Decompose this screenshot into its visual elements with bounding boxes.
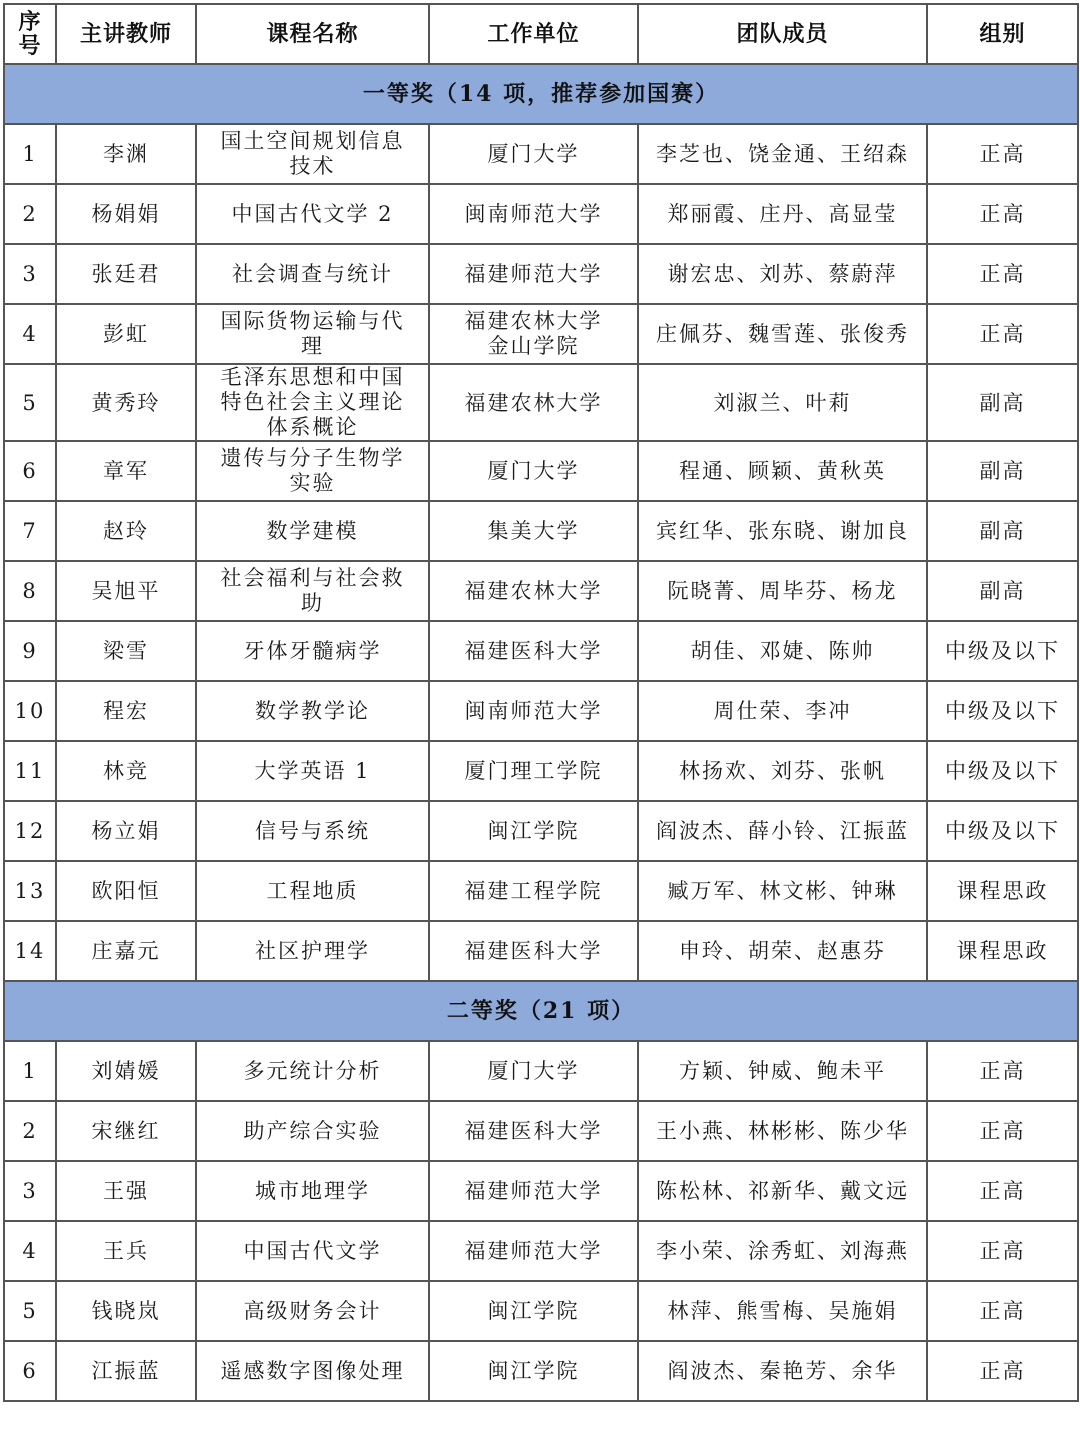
cell-team: 程通、顾颖、黄秋英 bbox=[638, 441, 927, 501]
cell-group: 正高 bbox=[927, 1041, 1078, 1101]
cell-seq: 10 bbox=[4, 681, 56, 741]
cell-teacher: 庄嘉元 bbox=[56, 921, 196, 981]
cell-seq: 5 bbox=[4, 1281, 56, 1341]
header-group: 组别 bbox=[927, 4, 1078, 64]
cell-course-text: 社区护理学 bbox=[255, 939, 370, 964]
cell-course: 城市地理学 bbox=[196, 1161, 429, 1221]
cell-group: 中级及以下 bbox=[927, 681, 1078, 741]
cell-seq: 3 bbox=[4, 244, 56, 304]
cell-unit: 厦门理工学院 bbox=[429, 741, 638, 801]
cell-team: 林扬欢、刘芬、张帆 bbox=[638, 741, 927, 801]
cell-course: 国土空间规划信息技术 bbox=[196, 124, 429, 184]
cell-team: 林萍、熊雪梅、吴施娟 bbox=[638, 1281, 927, 1341]
cell-group: 正高 bbox=[927, 124, 1078, 184]
cell-course-text: 信号与系统 bbox=[255, 819, 370, 844]
cell-teacher: 宋继红 bbox=[56, 1101, 196, 1161]
cell-teacher: 梁雪 bbox=[56, 621, 196, 681]
cell-teacher: 钱晓岚 bbox=[56, 1281, 196, 1341]
table-row: 3张廷君社会调查与统计福建师范大学谢宏忠、刘苏、蔡蔚萍正高 bbox=[4, 244, 1078, 304]
cell-unit: 厦门大学 bbox=[429, 1041, 638, 1101]
cell-team: 阮晓菁、周毕芬、杨龙 bbox=[638, 561, 927, 621]
cell-team: 庄佩芬、魏雪莲、张俊秀 bbox=[638, 304, 927, 364]
cell-unit: 福建师范大学 bbox=[429, 1161, 638, 1221]
cell-course: 中国古代文学 bbox=[196, 1221, 429, 1281]
cell-seq: 2 bbox=[4, 1101, 56, 1161]
cell-course-text: 数学建模 bbox=[267, 519, 359, 544]
cell-unit-text: 福建农林大学 bbox=[465, 579, 603, 604]
cell-unit: 厦门大学 bbox=[429, 124, 638, 184]
cell-seq: 4 bbox=[4, 304, 56, 364]
cell-seq: 13 bbox=[4, 861, 56, 921]
cell-course: 数学教学论 bbox=[196, 681, 429, 741]
cell-unit: 集美大学 bbox=[429, 501, 638, 561]
cell-teacher: 黄秀玲 bbox=[56, 364, 196, 441]
cell-group: 中级及以下 bbox=[927, 621, 1078, 681]
cell-course: 国际货物运输与代理 bbox=[196, 304, 429, 364]
cell-unit-text: 福建师范大学 bbox=[465, 1239, 603, 1264]
cell-team: 臧万军、林文彬、钟琳 bbox=[638, 861, 927, 921]
cell-team: 申玲、胡荣、赵惠芬 bbox=[638, 921, 927, 981]
awards-table: 序号 主讲教师 课程名称 工作单位 团队成员 组别 一等奖（14 项，推荐参加国… bbox=[3, 3, 1079, 1402]
cell-seq: 1 bbox=[4, 1041, 56, 1101]
cell-team: 阎波杰、薛小铃、江振蓝 bbox=[638, 801, 927, 861]
cell-unit-text: 闽江学院 bbox=[488, 819, 580, 844]
cell-unit: 福建医科大学 bbox=[429, 621, 638, 681]
cell-course: 社区护理学 bbox=[196, 921, 429, 981]
table-row: 5黄秀玲毛泽东思想和中国特色社会主义理论体系概论福建农林大学刘淑兰、叶莉副高 bbox=[4, 364, 1078, 441]
cell-seq: 3 bbox=[4, 1161, 56, 1221]
cell-team: 郑丽霞、庄丹、高显莹 bbox=[638, 184, 927, 244]
header-team: 团队成员 bbox=[638, 4, 927, 64]
cell-seq: 8 bbox=[4, 561, 56, 621]
cell-unit: 闽江学院 bbox=[429, 801, 638, 861]
cell-group: 正高 bbox=[927, 304, 1078, 364]
cell-course: 信号与系统 bbox=[196, 801, 429, 861]
cell-team: 方颖、钟威、鲍未平 bbox=[638, 1041, 927, 1101]
cell-unit: 福建医科大学 bbox=[429, 1101, 638, 1161]
first-prize-section-header: 一等奖（14 项，推荐参加国赛） bbox=[4, 64, 1078, 124]
cell-group: 课程思政 bbox=[927, 861, 1078, 921]
cell-unit-text: 福建医科大学 bbox=[465, 939, 603, 964]
cell-unit-text: 闽江学院 bbox=[488, 1299, 580, 1324]
cell-unit: 福建医科大学 bbox=[429, 921, 638, 981]
cell-seq: 2 bbox=[4, 184, 56, 244]
table-row: 5钱晓岚高级财务会计闽江学院林萍、熊雪梅、吴施娟正高 bbox=[4, 1281, 1078, 1341]
cell-group: 正高 bbox=[927, 184, 1078, 244]
cell-unit: 闽江学院 bbox=[429, 1281, 638, 1341]
cell-group: 副高 bbox=[927, 501, 1078, 561]
cell-course-text: 牙体牙髓病学 bbox=[244, 639, 382, 664]
cell-course-text: 中国古代文学 bbox=[244, 1239, 382, 1264]
cell-teacher: 赵玲 bbox=[56, 501, 196, 561]
header-seq: 序号 bbox=[4, 4, 56, 64]
cell-teacher: 林竞 bbox=[56, 741, 196, 801]
cell-teacher: 刘婧媛 bbox=[56, 1041, 196, 1101]
cell-course: 社会调查与统计 bbox=[196, 244, 429, 304]
table-row: 13欧阳恒工程地质福建工程学院臧万军、林文彬、钟琳课程思政 bbox=[4, 861, 1078, 921]
table-row: 2杨娟娟中国古代文学 2闽南师范大学郑丽霞、庄丹、高显莹正高 bbox=[4, 184, 1078, 244]
cell-course-text: 社会福利与社会救助 bbox=[215, 566, 411, 616]
cell-course-text: 多元统计分析 bbox=[244, 1059, 382, 1084]
cell-course-text: 助产综合实验 bbox=[244, 1119, 382, 1144]
cell-team: 谢宏忠、刘苏、蔡蔚萍 bbox=[638, 244, 927, 304]
cell-course: 遥感数字图像处理 bbox=[196, 1341, 429, 1401]
cell-course-text: 社会调查与统计 bbox=[232, 262, 393, 287]
cell-team: 宾红华、张东晓、谢加良 bbox=[638, 501, 927, 561]
cell-course: 牙体牙髓病学 bbox=[196, 621, 429, 681]
cell-group: 正高 bbox=[927, 1101, 1078, 1161]
cell-course-text: 毛泽东思想和中国特色社会主义理论体系概论 bbox=[215, 365, 411, 440]
cell-teacher: 欧阳恒 bbox=[56, 861, 196, 921]
table-row: 6江振蓝遥感数字图像处理闽江学院阎波杰、秦艳芳、余华正高 bbox=[4, 1341, 1078, 1401]
cell-unit-text: 闽南师范大学 bbox=[465, 699, 603, 724]
cell-unit: 福建农林大学 bbox=[429, 561, 638, 621]
cell-unit-text: 厦门大学 bbox=[488, 142, 580, 167]
cell-course-text: 遗传与分子生物学实验 bbox=[215, 446, 411, 496]
cell-course: 高级财务会计 bbox=[196, 1281, 429, 1341]
cell-teacher: 吴旭平 bbox=[56, 561, 196, 621]
cell-group: 副高 bbox=[927, 441, 1078, 501]
table-row: 12杨立娟信号与系统闽江学院阎波杰、薛小铃、江振蓝中级及以下 bbox=[4, 801, 1078, 861]
cell-team: 李芝也、饶金通、王绍森 bbox=[638, 124, 927, 184]
cell-seq: 7 bbox=[4, 501, 56, 561]
cell-team: 周仕荣、李冲 bbox=[638, 681, 927, 741]
cell-unit: 厦门大学 bbox=[429, 441, 638, 501]
cell-course-text: 遥感数字图像处理 bbox=[221, 1359, 405, 1384]
table-row: 1刘婧媛多元统计分析厦门大学方颖、钟威、鲍未平正高 bbox=[4, 1041, 1078, 1101]
cell-seq: 6 bbox=[4, 1341, 56, 1401]
cell-teacher: 章军 bbox=[56, 441, 196, 501]
cell-teacher: 王强 bbox=[56, 1161, 196, 1221]
cell-unit-text: 闽江学院 bbox=[488, 1359, 580, 1384]
cell-group: 中级及以下 bbox=[927, 741, 1078, 801]
cell-unit-text: 厦门大学 bbox=[488, 459, 580, 484]
cell-group: 正高 bbox=[927, 1281, 1078, 1341]
cell-course-text: 数学教学论 bbox=[255, 699, 370, 724]
second-prize-section-header: 二等奖（21 项） bbox=[4, 981, 1078, 1041]
cell-unit: 福建师范大学 bbox=[429, 244, 638, 304]
cell-team: 王小燕、林彬彬、陈少华 bbox=[638, 1101, 927, 1161]
cell-course: 大学英语 1 bbox=[196, 741, 429, 801]
header-course: 课程名称 bbox=[196, 4, 429, 64]
cell-teacher: 张廷君 bbox=[56, 244, 196, 304]
table-row: 10程宏数学教学论闽南师范大学周仕荣、李冲中级及以下 bbox=[4, 681, 1078, 741]
table-row: 4彭虹国际货物运输与代理福建农林大学金山学院庄佩芬、魏雪莲、张俊秀正高 bbox=[4, 304, 1078, 364]
cell-course-text: 高级财务会计 bbox=[244, 1299, 382, 1324]
cell-unit: 闽南师范大学 bbox=[429, 681, 638, 741]
cell-seq: 6 bbox=[4, 441, 56, 501]
cell-unit: 福建农林大学金山学院 bbox=[429, 304, 638, 364]
cell-teacher: 王兵 bbox=[56, 1221, 196, 1281]
cell-course: 遗传与分子生物学实验 bbox=[196, 441, 429, 501]
header-unit: 工作单位 bbox=[429, 4, 638, 64]
header-row: 序号 主讲教师 课程名称 工作单位 团队成员 组别 bbox=[4, 4, 1078, 64]
cell-unit-text: 福建师范大学 bbox=[465, 262, 603, 287]
table-row: 3王强城市地理学福建师范大学陈松林、祁新华、戴文远正高 bbox=[4, 1161, 1078, 1221]
cell-course: 工程地质 bbox=[196, 861, 429, 921]
cell-teacher: 彭虹 bbox=[56, 304, 196, 364]
cell-course: 毛泽东思想和中国特色社会主义理论体系概论 bbox=[196, 364, 429, 441]
cell-unit-text: 集美大学 bbox=[488, 519, 580, 544]
cell-group: 课程思政 bbox=[927, 921, 1078, 981]
cell-unit: 福建农林大学 bbox=[429, 364, 638, 441]
table-row: 7赵玲数学建模集美大学宾红华、张东晓、谢加良副高 bbox=[4, 501, 1078, 561]
cell-seq: 9 bbox=[4, 621, 56, 681]
cell-course: 助产综合实验 bbox=[196, 1101, 429, 1161]
cell-group: 副高 bbox=[927, 561, 1078, 621]
cell-course-text: 国土空间规划信息技术 bbox=[215, 129, 411, 179]
cell-seq: 1 bbox=[4, 124, 56, 184]
cell-group: 正高 bbox=[927, 1161, 1078, 1221]
cell-teacher: 杨娟娟 bbox=[56, 184, 196, 244]
cell-unit-text: 福建农林大学金山学院 bbox=[459, 309, 609, 359]
table-row: 14庄嘉元社区护理学福建医科大学申玲、胡荣、赵惠芬课程思政 bbox=[4, 921, 1078, 981]
cell-unit: 闽江学院 bbox=[429, 1341, 638, 1401]
cell-unit: 福建师范大学 bbox=[429, 1221, 638, 1281]
cell-unit-text: 福建医科大学 bbox=[465, 639, 603, 664]
cell-seq: 4 bbox=[4, 1221, 56, 1281]
cell-team: 陈松林、祁新华、戴文远 bbox=[638, 1161, 927, 1221]
cell-teacher: 江振蓝 bbox=[56, 1341, 196, 1401]
cell-seq: 14 bbox=[4, 921, 56, 981]
cell-course: 中国古代文学 2 bbox=[196, 184, 429, 244]
cell-course: 社会福利与社会救助 bbox=[196, 561, 429, 621]
cell-unit-text: 福建师范大学 bbox=[465, 1179, 603, 1204]
cell-course: 数学建模 bbox=[196, 501, 429, 561]
table-row: 2宋继红助产综合实验福建医科大学王小燕、林彬彬、陈少华正高 bbox=[4, 1101, 1078, 1161]
cell-teacher: 李渊 bbox=[56, 124, 196, 184]
cell-course-text: 中国古代文学 2 bbox=[231, 202, 393, 227]
cell-unit-text: 闽南师范大学 bbox=[465, 202, 603, 227]
cell-team: 李小荣、涂秀虹、刘海燕 bbox=[638, 1221, 927, 1281]
cell-unit-text: 厦门理工学院 bbox=[465, 759, 603, 784]
header-teacher: 主讲教师 bbox=[56, 4, 196, 64]
cell-seq: 5 bbox=[4, 364, 56, 441]
table-row: 1李渊国土空间规划信息技术厦门大学李芝也、饶金通、王绍森正高 bbox=[4, 124, 1078, 184]
cell-unit-text: 福建工程学院 bbox=[465, 879, 603, 904]
cell-unit-text: 福建农林大学 bbox=[465, 391, 603, 416]
cell-course-text: 工程地质 bbox=[267, 879, 359, 904]
cell-course-text: 城市地理学 bbox=[255, 1179, 370, 1204]
cell-seq: 12 bbox=[4, 801, 56, 861]
cell-team: 胡佳、邓婕、陈帅 bbox=[638, 621, 927, 681]
cell-course: 多元统计分析 bbox=[196, 1041, 429, 1101]
first-prize-title: 一等奖（14 项，推荐参加国赛） bbox=[4, 64, 1078, 124]
cell-unit: 福建工程学院 bbox=[429, 861, 638, 921]
cell-team: 刘淑兰、叶莉 bbox=[638, 364, 927, 441]
cell-course-text: 国际货物运输与代理 bbox=[215, 309, 411, 359]
cell-group: 正高 bbox=[927, 244, 1078, 304]
cell-unit-text: 厦门大学 bbox=[488, 1059, 580, 1084]
cell-course-text: 大学英语 1 bbox=[254, 759, 370, 784]
cell-seq: 11 bbox=[4, 741, 56, 801]
table-row: 9梁雪牙体牙髓病学福建医科大学胡佳、邓婕、陈帅中级及以下 bbox=[4, 621, 1078, 681]
cell-teacher: 杨立娟 bbox=[56, 801, 196, 861]
table-row: 11林竞大学英语 1厦门理工学院林扬欢、刘芬、张帆中级及以下 bbox=[4, 741, 1078, 801]
table-row: 4王兵中国古代文学福建师范大学李小荣、涂秀虹、刘海燕正高 bbox=[4, 1221, 1078, 1281]
table-row: 8吴旭平社会福利与社会救助福建农林大学阮晓菁、周毕芬、杨龙副高 bbox=[4, 561, 1078, 621]
cell-teacher: 程宏 bbox=[56, 681, 196, 741]
cell-unit-text: 福建医科大学 bbox=[465, 1119, 603, 1144]
cell-group: 中级及以下 bbox=[927, 801, 1078, 861]
cell-group: 正高 bbox=[927, 1341, 1078, 1401]
cell-group: 副高 bbox=[927, 364, 1078, 441]
cell-team: 阎波杰、秦艳芳、余华 bbox=[638, 1341, 927, 1401]
table-body: 一等奖（14 项，推荐参加国赛）1李渊国土空间规划信息技术厦门大学李芝也、饶金通… bbox=[4, 64, 1078, 1401]
cell-unit: 闽南师范大学 bbox=[429, 184, 638, 244]
second-prize-title: 二等奖（21 项） bbox=[4, 981, 1078, 1041]
cell-group: 正高 bbox=[927, 1221, 1078, 1281]
table-row: 6章军遗传与分子生物学实验厦门大学程通、顾颖、黄秋英副高 bbox=[4, 441, 1078, 501]
